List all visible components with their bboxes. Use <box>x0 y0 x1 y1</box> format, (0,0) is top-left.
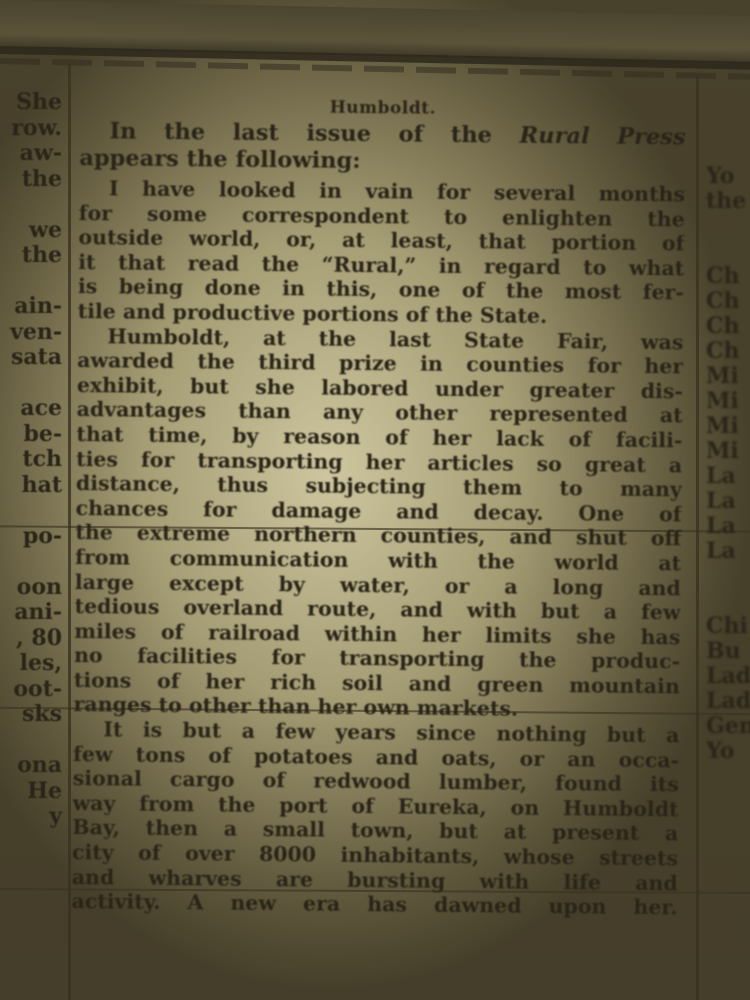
paragraph-1: I have looked in vain for several months… <box>78 176 686 330</box>
article-humboldt: Humboldt. In the last issue of the Rural… <box>71 92 686 920</box>
column-divider-right <box>696 76 699 1000</box>
right-column-fragments: Yo the Ch Ch Ch Ch Mi Mi Mi Mi La La La … <box>706 164 750 764</box>
publication-name: Rural Press <box>519 123 685 151</box>
left-column-fragments: She row. aw- the we the ain- ven- sata a… <box>0 90 62 830</box>
column-divider-left <box>68 64 71 1000</box>
paragraph-2: Humboldt, at the last State Fair, was aw… <box>73 324 683 724</box>
paragraph-3: It is but a few years since nothing but … <box>71 717 679 920</box>
